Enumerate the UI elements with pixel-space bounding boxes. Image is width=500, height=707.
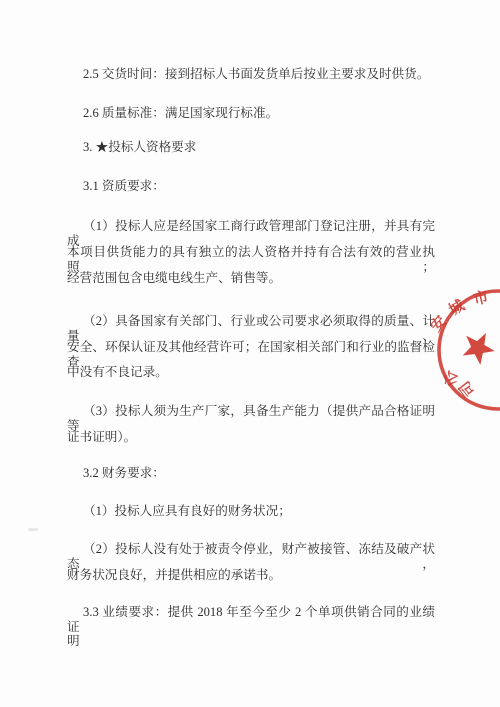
svg-text:市: 市 (472, 288, 490, 309)
para-3-1-item2-line3: 中没有不良记录。 (67, 365, 435, 380)
scan-artifact (28, 528, 38, 531)
seal-arc-text: 安 城 市 (427, 288, 491, 336)
svg-text:城: 城 (445, 296, 468, 320)
line-2-6-quality-standard: 2.6 质量标准：满足国家现行标准。 (67, 106, 435, 121)
heading-3-1-credentials: 3.1 资质要求： (67, 179, 435, 194)
para-3-1-item3-line2: 证书证明）。 (67, 430, 435, 445)
seal-circle-icon (439, 291, 500, 409)
line-2-5-delivery-time: 2.5 交货时间：接到招标人书面发货单后按业主要求及时供货。 (67, 67, 435, 82)
para-3-2-item2-line2: 财务状况良好，并提供相应的承诺书。 (67, 568, 435, 583)
para-3-2-item1: （1）投标人应具有良好的财务状况； (67, 504, 435, 519)
seal-star-icon (462, 330, 498, 367)
document-page: 2.5 交货时间：接到招标人书面发货单后按业主要求及时供货。 2.6 质量标准：… (0, 0, 500, 707)
heading-3-3-performance-line1: 3.3 业绩要求：提供 2018 年至今至少 2 个单项供销合同的业绩证 (67, 605, 435, 635)
seal-bottom-text: 公 司 (439, 366, 479, 400)
heading-3-2-finance: 3.2 财务要求： (67, 466, 435, 481)
svg-text:司: 司 (455, 378, 478, 401)
heading-3-3-performance-line2: 明 (67, 634, 435, 649)
heading-3-bidder-qualification: 3. ★投标人资格要求 (67, 140, 435, 155)
company-seal: 安 城 市 公 司 (425, 280, 500, 415)
svg-text:公: 公 (439, 366, 461, 389)
para-3-1-item1-line3: 经营范围包含电缆电线生产、销售等。 (67, 271, 435, 286)
